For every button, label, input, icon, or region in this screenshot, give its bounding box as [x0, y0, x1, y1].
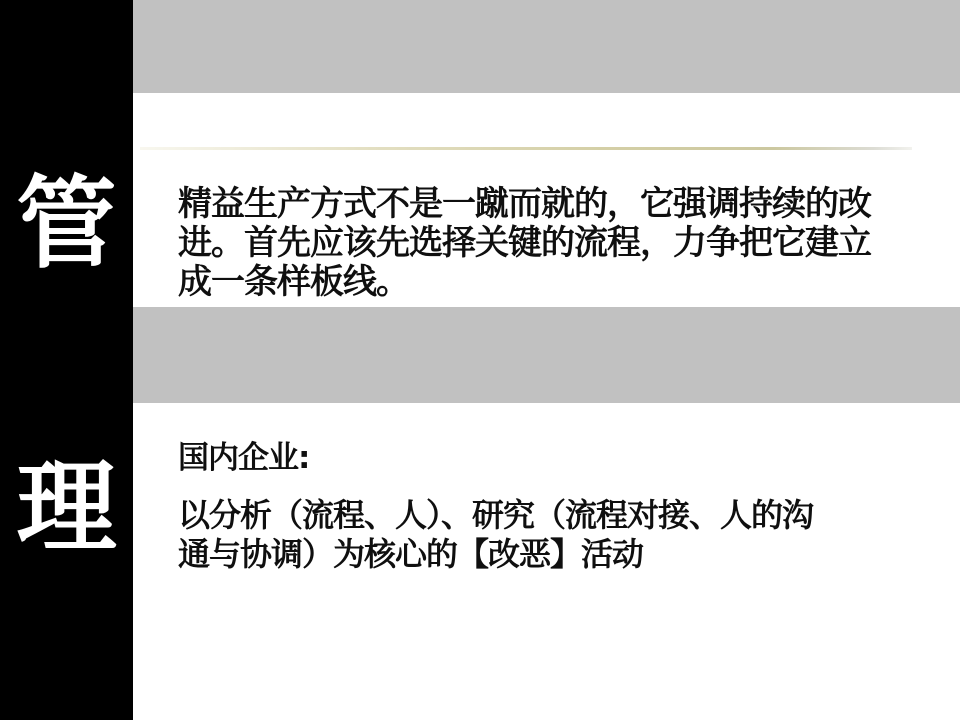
intro-paragraph-line-1: 精益生产方式不是一蹴而就的，它强调持续的改 [178, 185, 871, 224]
sidebar: 管 理 [0, 0, 133, 720]
divider-line [140, 147, 912, 150]
intro-paragraph-line-3: 成一条样板线。 [178, 263, 871, 302]
slide-content: 精益生产方式不是一蹴而就的，它强调持续的改 进。首先应该先选择关键的流程，力争把… [133, 0, 960, 720]
domestic-enterprises-heading: 国内企业: [178, 440, 309, 476]
sidebar-vertical-title-char-1: 管 [0, 174, 133, 274]
body-paragraph-line-1: 以分析（流程、人）、研究（流程对接、人的沟 [178, 496, 813, 535]
body-paragraph-line-2: 通与协调）为核心的【改恶】活动 [178, 535, 813, 574]
presentation-slide: 管 理 精益生产方式不是一蹴而就的，它强调持续的改 进。首先应该先选择关键的流程… [0, 0, 960, 720]
sidebar-vertical-title-char-2: 理 [0, 458, 133, 558]
lean-production-intro-paragraph: 精益生产方式不是一蹴而就的，它强调持续的改 进。首先应该先选择关键的流程，力争把… [178, 185, 871, 302]
middle-gray-band [133, 307, 960, 403]
top-gray-band [133, 0, 960, 93]
domestic-enterprises-paragraph: 以分析（流程、人）、研究（流程对接、人的沟 通与协调）为核心的【改恶】活动 [178, 496, 813, 574]
intro-paragraph-line-2: 进。首先应该先选择关键的流程，力争把它建立 [178, 224, 871, 263]
